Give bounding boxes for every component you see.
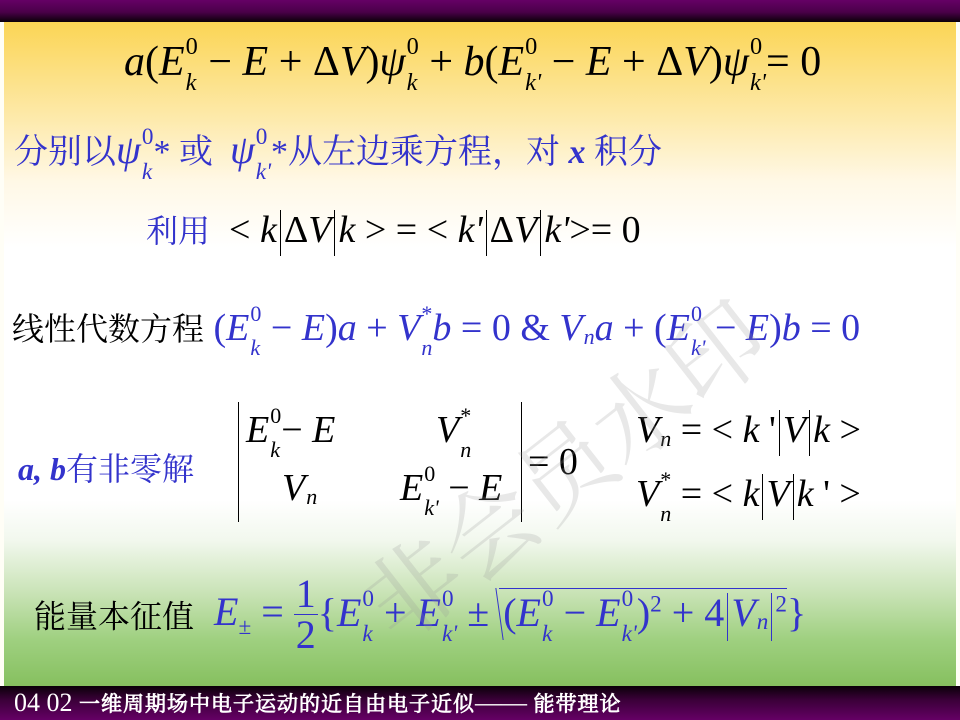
orthogonality-condition: 利用 < kΔVk > = < k'ΔVk'>= 0 [146,206,641,256]
det-cell-22: E0k' − E [400,466,502,513]
nonzero-solution-label: a, b有非零解 [18,444,194,490]
top-bar [0,0,960,22]
footer-bar: 04 02 一维周期场中电子运动的近自由电子近似—— 能带理论 [0,686,960,720]
right-edge [956,22,960,686]
det-cell-21: Vn [282,466,317,510]
footer-title: 04 02 一维周期场中电子运动的近自由电子近似—— 能带理论 [14,688,622,719]
multiply-instruction: 分别以ψ0k* 或 ψ0k'*从左边乘方程，对 x 积分 [14,124,662,178]
vn-definition: Vn = < k 'Vk > [636,408,861,456]
vn-star-definition: V*n = < kVk ' > [636,472,861,520]
det-equals-zero: = 0 [528,440,578,484]
det-cell-11: E0k− E [246,408,335,455]
linear-equations: 线性代数方程 (E0k − E)a + V*nb = 0 & Vna + (E0… [12,304,860,353]
energy-eigenvalue: 能量本征值 E± = 12{E0k + E0k' ± (E0k − E0k')2… [34,574,806,655]
det-cell-12: V*n [436,408,471,455]
equation-schrodinger: a(E0k − E + ΔV)ψ0k + b(E0k' − E + ΔV)ψ0k… [124,38,821,90]
